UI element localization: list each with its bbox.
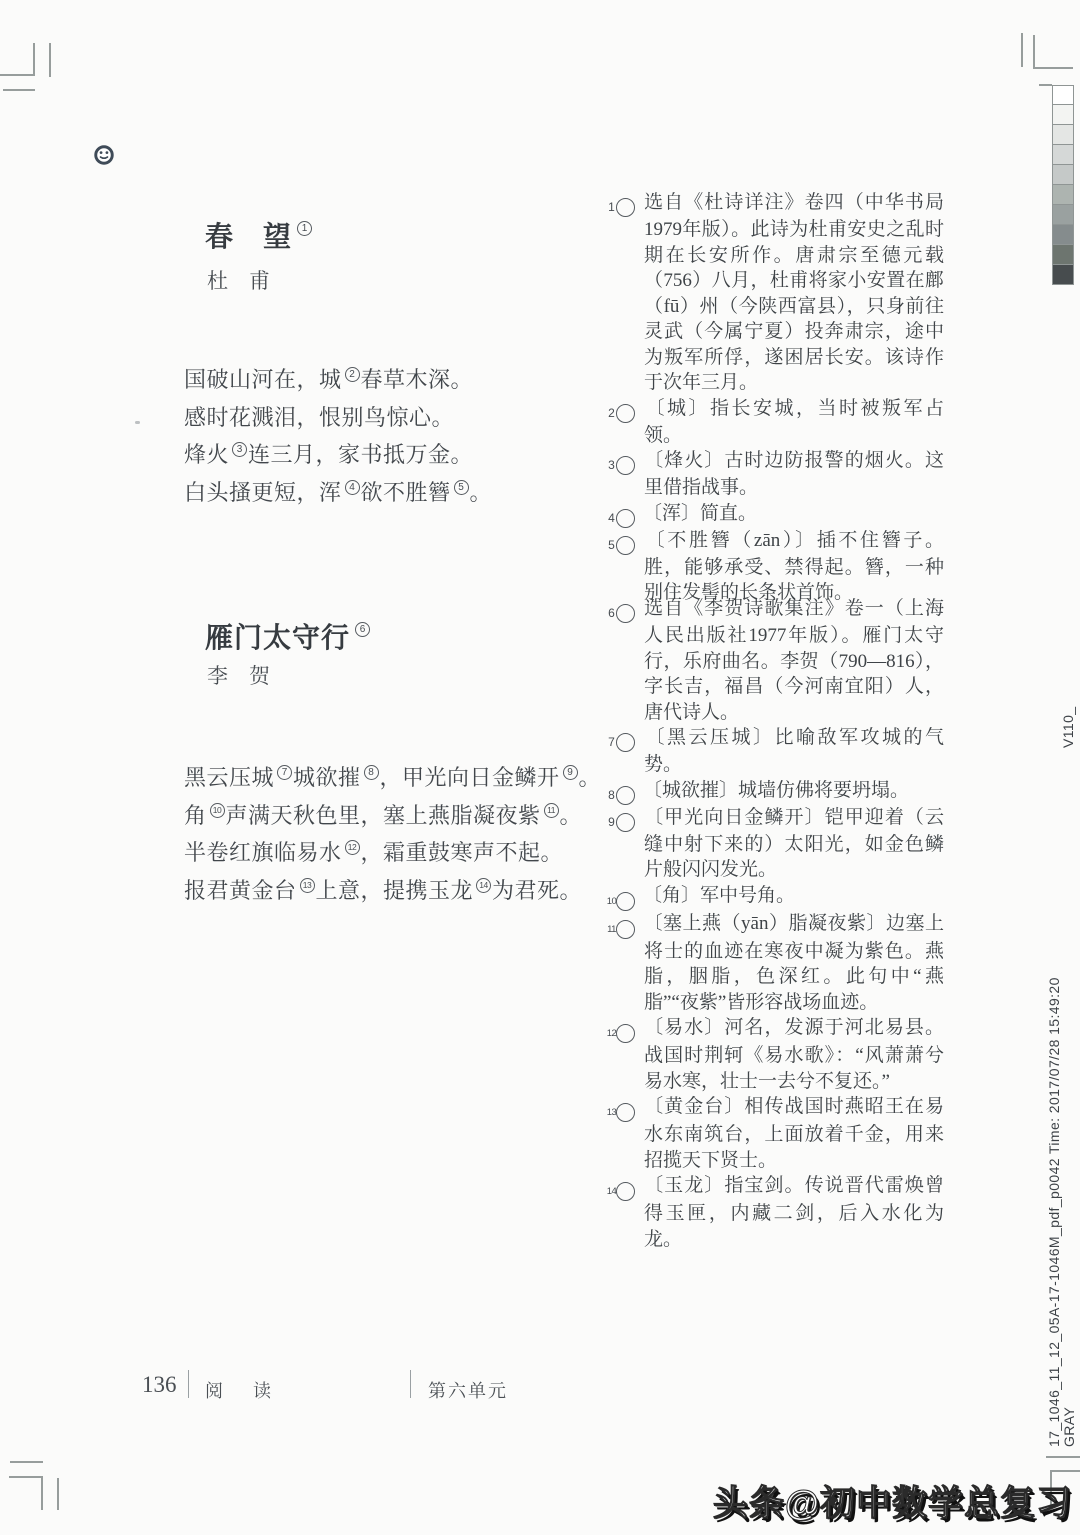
registration-mark (1033, 35, 1035, 69)
annotation-text: 〔甲光向日金鳞开〕铠甲迎着（云缝中射下来的）太阳光，如金色鳞片般闪闪发光。 (643, 807, 944, 881)
footnote-ref: 6 (355, 622, 370, 637)
footnote-ref: 9 (563, 765, 578, 780)
annotation-13: 13〔黄金台〕相传战国时燕昭王在易水东南筑台，上面放着千金，用来招揽天下贤士。 (616, 1094, 944, 1173)
annotation-text: 〔玉龙〕指宝剑。传说晋代雷焕曾得玉匣，内藏二剑，后入水化为龙。 (643, 1175, 944, 1250)
registration-mark (1039, 84, 1052, 86)
registration-mark (1046, 1456, 1080, 1458)
gray-step (1052, 145, 1074, 165)
footer-divider (188, 1370, 189, 1398)
annotation-text: 选自《李贺诗歌集注》卷一（上海人民出版社1977年版）。雁门太守行，乐府曲名。李… (643, 598, 944, 723)
poem-author: 李 贺 (207, 660, 270, 690)
footnote-ref: 3 (232, 442, 247, 457)
gray-step (1052, 245, 1074, 265)
poem-text: 报君黄金台 (184, 878, 297, 903)
annotation-10: 10〔角〕军中号角。 (616, 883, 944, 911)
gray-step (1052, 85, 1074, 105)
footnote-ref: 1 (297, 221, 312, 236)
poem-title: 春 望1 (205, 215, 313, 255)
page-number: 136 (142, 1372, 177, 1398)
poem-text: 。 (470, 480, 493, 505)
footnote-number: 1 (616, 198, 635, 217)
footnote-ref: 14 (476, 878, 491, 893)
annotation-11: 11〔塞上燕（yān）脂凝夜紫〕边塞上将士的血迹在寒夜中凝为紫色。燕脂，胭脂，色… (616, 911, 944, 1016)
footer-unit-label: 第六单元 (428, 1377, 508, 1403)
poem-author: 杜 甫 (207, 265, 270, 295)
poem-text: 连三月，家书抵万金。 (248, 442, 473, 467)
footnote-number: 3 (616, 456, 635, 475)
poem-line: 报君黄金台13上意，提携玉龙14为君死。 (184, 872, 601, 910)
annotations-group-2: 6选自《李贺诗歌集注》卷一（上海人民出版社1977年版）。雁门太守行，乐府曲名。… (616, 596, 944, 1252)
gray-step (1052, 165, 1074, 185)
footnote-number: 6 (616, 604, 635, 623)
annotation-4: 4〔浑〕简直。 (616, 501, 944, 528)
footnote-ref: 10 (210, 803, 225, 818)
poem-line: 半卷红旗临易水12，霜重鼓寒声不起。 (184, 834, 601, 872)
poem-text: 城欲摧 (293, 765, 361, 790)
poem-text: 半卷红旗临易水 (184, 840, 342, 865)
poem-line: 白头搔更短，浑4欲不胜簪5。 (184, 474, 492, 512)
registration-mark (1021, 33, 1023, 67)
scan-version-label: V110_ (1060, 707, 1076, 748)
gray-step (1052, 205, 1074, 225)
poem-text: 国破山河在，城 (184, 367, 342, 392)
footnote-number: 12 (616, 1024, 635, 1043)
registration-mark (1033, 67, 1073, 69)
annotations-group-1: 1选自《杜诗详注》卷四（中华书局1979年版）。此诗为杜甫安史之乱时期在长安所作… (616, 190, 944, 606)
annotation-text: 〔塞上燕（yān）脂凝夜紫〕边塞上将士的血迹在寒夜中凝为紫色。燕脂，胭脂，色深红… (643, 913, 944, 1013)
annotation-text: 〔易水〕河名，发源于河北易县。战国时荆轲《易水歌》：“风萧萧兮易水寒，壮士一去兮… (643, 1017, 944, 1092)
registration-mark (49, 43, 51, 77)
annotation-1: 1选自《杜诗详注》卷四（中华书局1979年版）。此诗为杜甫安史之乱时期在长安所作… (616, 190, 944, 396)
poem-text: 为君死。 (492, 878, 582, 903)
footnote-number: 11 (616, 920, 635, 939)
footnote-ref: 12 (345, 840, 360, 855)
footnote-ref: 13 (300, 878, 315, 893)
gray-step (1052, 265, 1074, 285)
annotation-3: 3〔烽火〕古时边防报警的烟火。这里借指战事。 (616, 448, 944, 501)
gray-step (1052, 105, 1074, 125)
poem-text: 感时花溅泪，恨别鸟惊心。 (184, 405, 454, 430)
poem-text: 烽火 (184, 442, 229, 467)
poem-body: 黑云压城7城欲摧8，甲光向日金鳞开9。角10声满天秋色里，塞上燕脂凝夜紫11。半… (184, 759, 601, 909)
footnote-number: 2 (616, 404, 635, 423)
poem-text: ，霜重鼓寒声不起。 (361, 840, 564, 865)
annotation-12: 12〔易水〕河名，发源于河北易县。战国时荆轲《易水歌》：“风萧萧兮易水寒，壮士一… (616, 1015, 944, 1094)
registration-mark (1050, 1470, 1080, 1472)
footnote-number: 5 (616, 536, 635, 555)
poem-text: 角 (184, 803, 207, 828)
smiley-face-icon (93, 144, 115, 171)
annotation-2: 2〔城〕指长安城，当时被叛军占领。 (616, 396, 944, 449)
poem-line: 黑云压城7城欲摧8，甲光向日金鳞开9。 (184, 759, 601, 797)
annotation-text: 〔烽火〕古时边防报警的烟火。这里借指战事。 (643, 450, 944, 498)
annotation-14: 14〔玉龙〕指宝剑。传说晋代雷焕曾得玉匣，内藏二剑，后入水化为龙。 (616, 1173, 944, 1252)
footnote-number: 13 (616, 1103, 635, 1122)
poem-text: 春草木深。 (361, 367, 474, 392)
poem-text: ，甲光向日金鳞开 (380, 765, 560, 790)
annotation-text: 〔城〕指长安城，当时被叛军占领。 (643, 398, 944, 446)
footnote-ref: 5 (454, 480, 469, 495)
annotation-6: 6选自《李贺诗歌集注》卷一（上海人民出版社1977年版）。雁门太守行，乐府曲名。… (616, 596, 944, 725)
gray-step (1052, 125, 1074, 145)
poem-line: 角10声满天秋色里，塞上燕脂凝夜紫11。 (184, 797, 601, 835)
registration-mark (33, 43, 35, 75)
registration-mark (9, 1476, 43, 1478)
annotation-text: 〔角〕军中号角。 (643, 885, 795, 906)
poem-text: 。 (579, 765, 602, 790)
registration-mark (3, 89, 35, 91)
poem-title: 雁门太守行6 (205, 616, 371, 656)
footer-section-label: 阅 读 (205, 1377, 277, 1403)
watermark: 头条@初中数学总复习 (713, 1476, 1072, 1526)
annotation-8: 8〔城欲摧〕城墙仿佛将要坍塌。 (616, 778, 944, 805)
footnote-number: 9 (616, 813, 635, 832)
grayscale-calibration-strip (1052, 85, 1074, 285)
poem-text: 声满天秋色里，塞上燕脂凝夜紫 (226, 803, 541, 828)
poem-text: 上意，提携玉龙 (316, 878, 474, 903)
gray-step (1052, 185, 1074, 205)
poem-body: 国破山河在，城2春草木深。感时花溅泪，恨别鸟惊心。烽火3连三月，家书抵万金。白头… (184, 361, 492, 511)
poem-text: 白头搔更短，浑 (184, 480, 342, 505)
footnote-number: 14 (616, 1182, 635, 1201)
annotation-text: 〔不胜簪（zān）〕插不住簪子。胜，能够承受、禁得起。簪，一种别住发髻的长条状首… (643, 530, 944, 604)
footnote-ref: 8 (364, 765, 379, 780)
annotation-5: 5〔不胜簪（zān）〕插不住簪子。胜，能够承受、禁得起。簪，一种别住发髻的长条状… (616, 528, 944, 606)
registration-mark (57, 1478, 59, 1510)
annotation-9: 9〔甲光向日金鳞开〕铠甲迎着（云缝中射下来的）太阳光，如金色鳞片般闪闪发光。 (616, 805, 944, 883)
annotation-text: 〔黄金台〕相传战国时燕昭王在易水东南筑台，上面放着千金，用来招揽天下贤士。 (643, 1096, 944, 1171)
annotation-text: 〔黑云压城〕比喻敌军攻城的气势。 (643, 727, 944, 775)
poem-line: 国破山河在，城2春草木深。 (184, 361, 492, 399)
footnote-number: 7 (616, 733, 635, 752)
annotation-7: 7〔黑云压城〕比喻敌军攻城的气势。 (616, 725, 944, 778)
scan-speck (135, 421, 140, 424)
footer-divider (410, 1370, 411, 1398)
scan-file-stamp: 17_1046_11_12_05A-17-1046M_pdf_p0042 Tim… (1046, 977, 1062, 1447)
footnote-ref: 4 (345, 480, 360, 495)
footnote-number: 4 (616, 509, 635, 528)
footnote-ref: 2 (345, 367, 360, 382)
annotation-text: 〔浑〕简直。 (643, 503, 757, 524)
footnote-number: 10 (616, 892, 635, 911)
footnote-ref: 11 (544, 803, 559, 818)
poem-text: 黑云压城 (184, 765, 274, 790)
footnote-ref: 7 (277, 765, 292, 780)
scan-gray-label: GRAY (1061, 1407, 1077, 1447)
annotation-text: 选自《杜诗详注》卷四（中华书局1979年版）。此诗为杜甫安史之乱时期在长安所作。… (643, 192, 944, 393)
footnote-number: 8 (616, 786, 635, 805)
poem-text: 欲不胜簪 (361, 480, 451, 505)
poem-line: 烽火3连三月，家书抵万金。 (184, 436, 492, 474)
registration-mark (41, 1476, 43, 1510)
registration-mark (10, 1461, 43, 1463)
registration-mark (0, 74, 35, 76)
gray-step (1052, 225, 1074, 245)
poem-text: 。 (560, 803, 583, 828)
poem-line: 感时花溅泪，恨别鸟惊心。 (184, 399, 492, 437)
annotation-text: 〔城欲摧〕城墙仿佛将要坍塌。 (643, 780, 909, 801)
